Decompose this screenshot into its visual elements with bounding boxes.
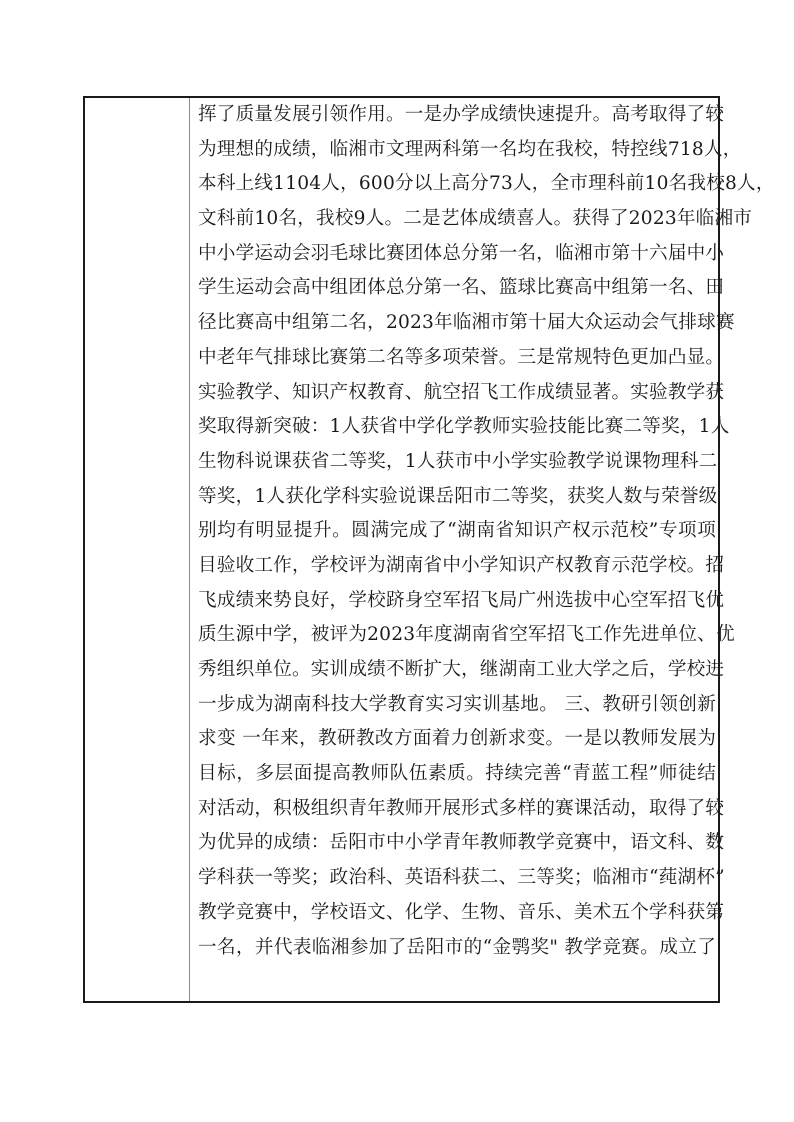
- text-line: 文科前10名，我校9人。二是艺体成绩喜人。获得了2023年临湘市: [198, 202, 716, 237]
- text-line: 实验教学、知识产权教育、航空招飞工作成绩显著。实验教学获: [198, 376, 716, 411]
- text-line: 别均有明显提升。圆满完成了“湖南省知识产权示范校”专项项: [198, 514, 716, 549]
- text-line: 径比赛高中组第二名，2023年临湘市第十届大众运动会气排球赛: [198, 306, 716, 341]
- text-line: 目验收工作，学校评为湖南省中小学知识产权教育示范学校。招: [198, 549, 716, 584]
- text-line: 为优异的成绩：岳阳市中小学青年教师教学竞赛中，语文科、数: [198, 826, 716, 861]
- text-line: 一步成为湖南科技大学教育实习实训基地。 三、教研引领创新: [198, 688, 716, 723]
- text-line: 对活动，积极组织青年教师开展形式多样的赛课活动，取得了较: [198, 792, 716, 827]
- document-table: 挥了质量发展引领作用。一是办学成绩快速提升。高考取得了较为理想的成绩，临湘市文理…: [83, 96, 720, 1003]
- text-line: 目标，多层面提高教师队伍素质。持续完善“青蓝工程”师徒结: [198, 757, 716, 792]
- text-line: 秀组织单位。实训成绩不断扩大，继湖南工业大学之后，学校进: [198, 653, 716, 688]
- text-line: 学科获一等奖；政治科、英语科获二、三等奖；临湘市“莼湖杯”: [198, 861, 716, 896]
- text-line: 奖取得新突破：1人获省中学化学教师实验技能比赛二等奖，1人: [198, 410, 716, 445]
- body-paragraph: 挥了质量发展引领作用。一是办学成绩快速提升。高考取得了较为理想的成绩，临湘市文理…: [198, 98, 716, 965]
- text-line: 中老年气排球比赛第二名等多项荣誉。三是常规特色更加凸显。: [198, 341, 716, 376]
- text-line: 飞成绩来势良好，学校跻身空军招飞局广州选拔中心空军招飞优: [198, 584, 716, 619]
- text-line: 中小学运动会羽毛球比赛团体总分第一名，临湘市第十六届中小: [198, 237, 716, 272]
- text-line: 求变 一年来，教研教改方面着力创新求变。一是以教师发展为: [198, 722, 716, 757]
- text-line: 一名，并代表临湘参加了岳阳市的“金鹗奖" 教学竞赛。成立了: [198, 931, 716, 966]
- text-line: 生物科说课获省二等奖，1人获市中小学实验教学说课物理科二: [198, 445, 716, 480]
- text-line: 挥了质量发展引领作用。一是办学成绩快速提升。高考取得了较: [198, 98, 716, 133]
- table-right-cell: 挥了质量发展引领作用。一是办学成绩快速提升。高考取得了较为理想的成绩，临湘市文理…: [190, 98, 718, 1001]
- text-line: 教学竞赛中，学校语文、化学、生物、音乐、美术五个学科获第: [198, 896, 716, 931]
- text-line: 等奖，1人获化学科实验说课岳阳市二等奖，获奖人数与荣誉级: [198, 480, 716, 515]
- text-line: 质生源中学，被评为2023年度湖南省空军招飞工作先进单位、优: [198, 618, 716, 653]
- table-left-cell: [85, 98, 190, 1001]
- text-line: 学生运动会高中组团体总分第一名、篮球比赛高中组第一名、田: [198, 271, 716, 306]
- text-line: 本科上线1104人，600分以上高分73人，全市理科前10名我校8人，: [198, 167, 716, 202]
- text-line: 为理想的成绩，临湘市文理两科第一名均在我校，特控线718人，: [198, 133, 716, 168]
